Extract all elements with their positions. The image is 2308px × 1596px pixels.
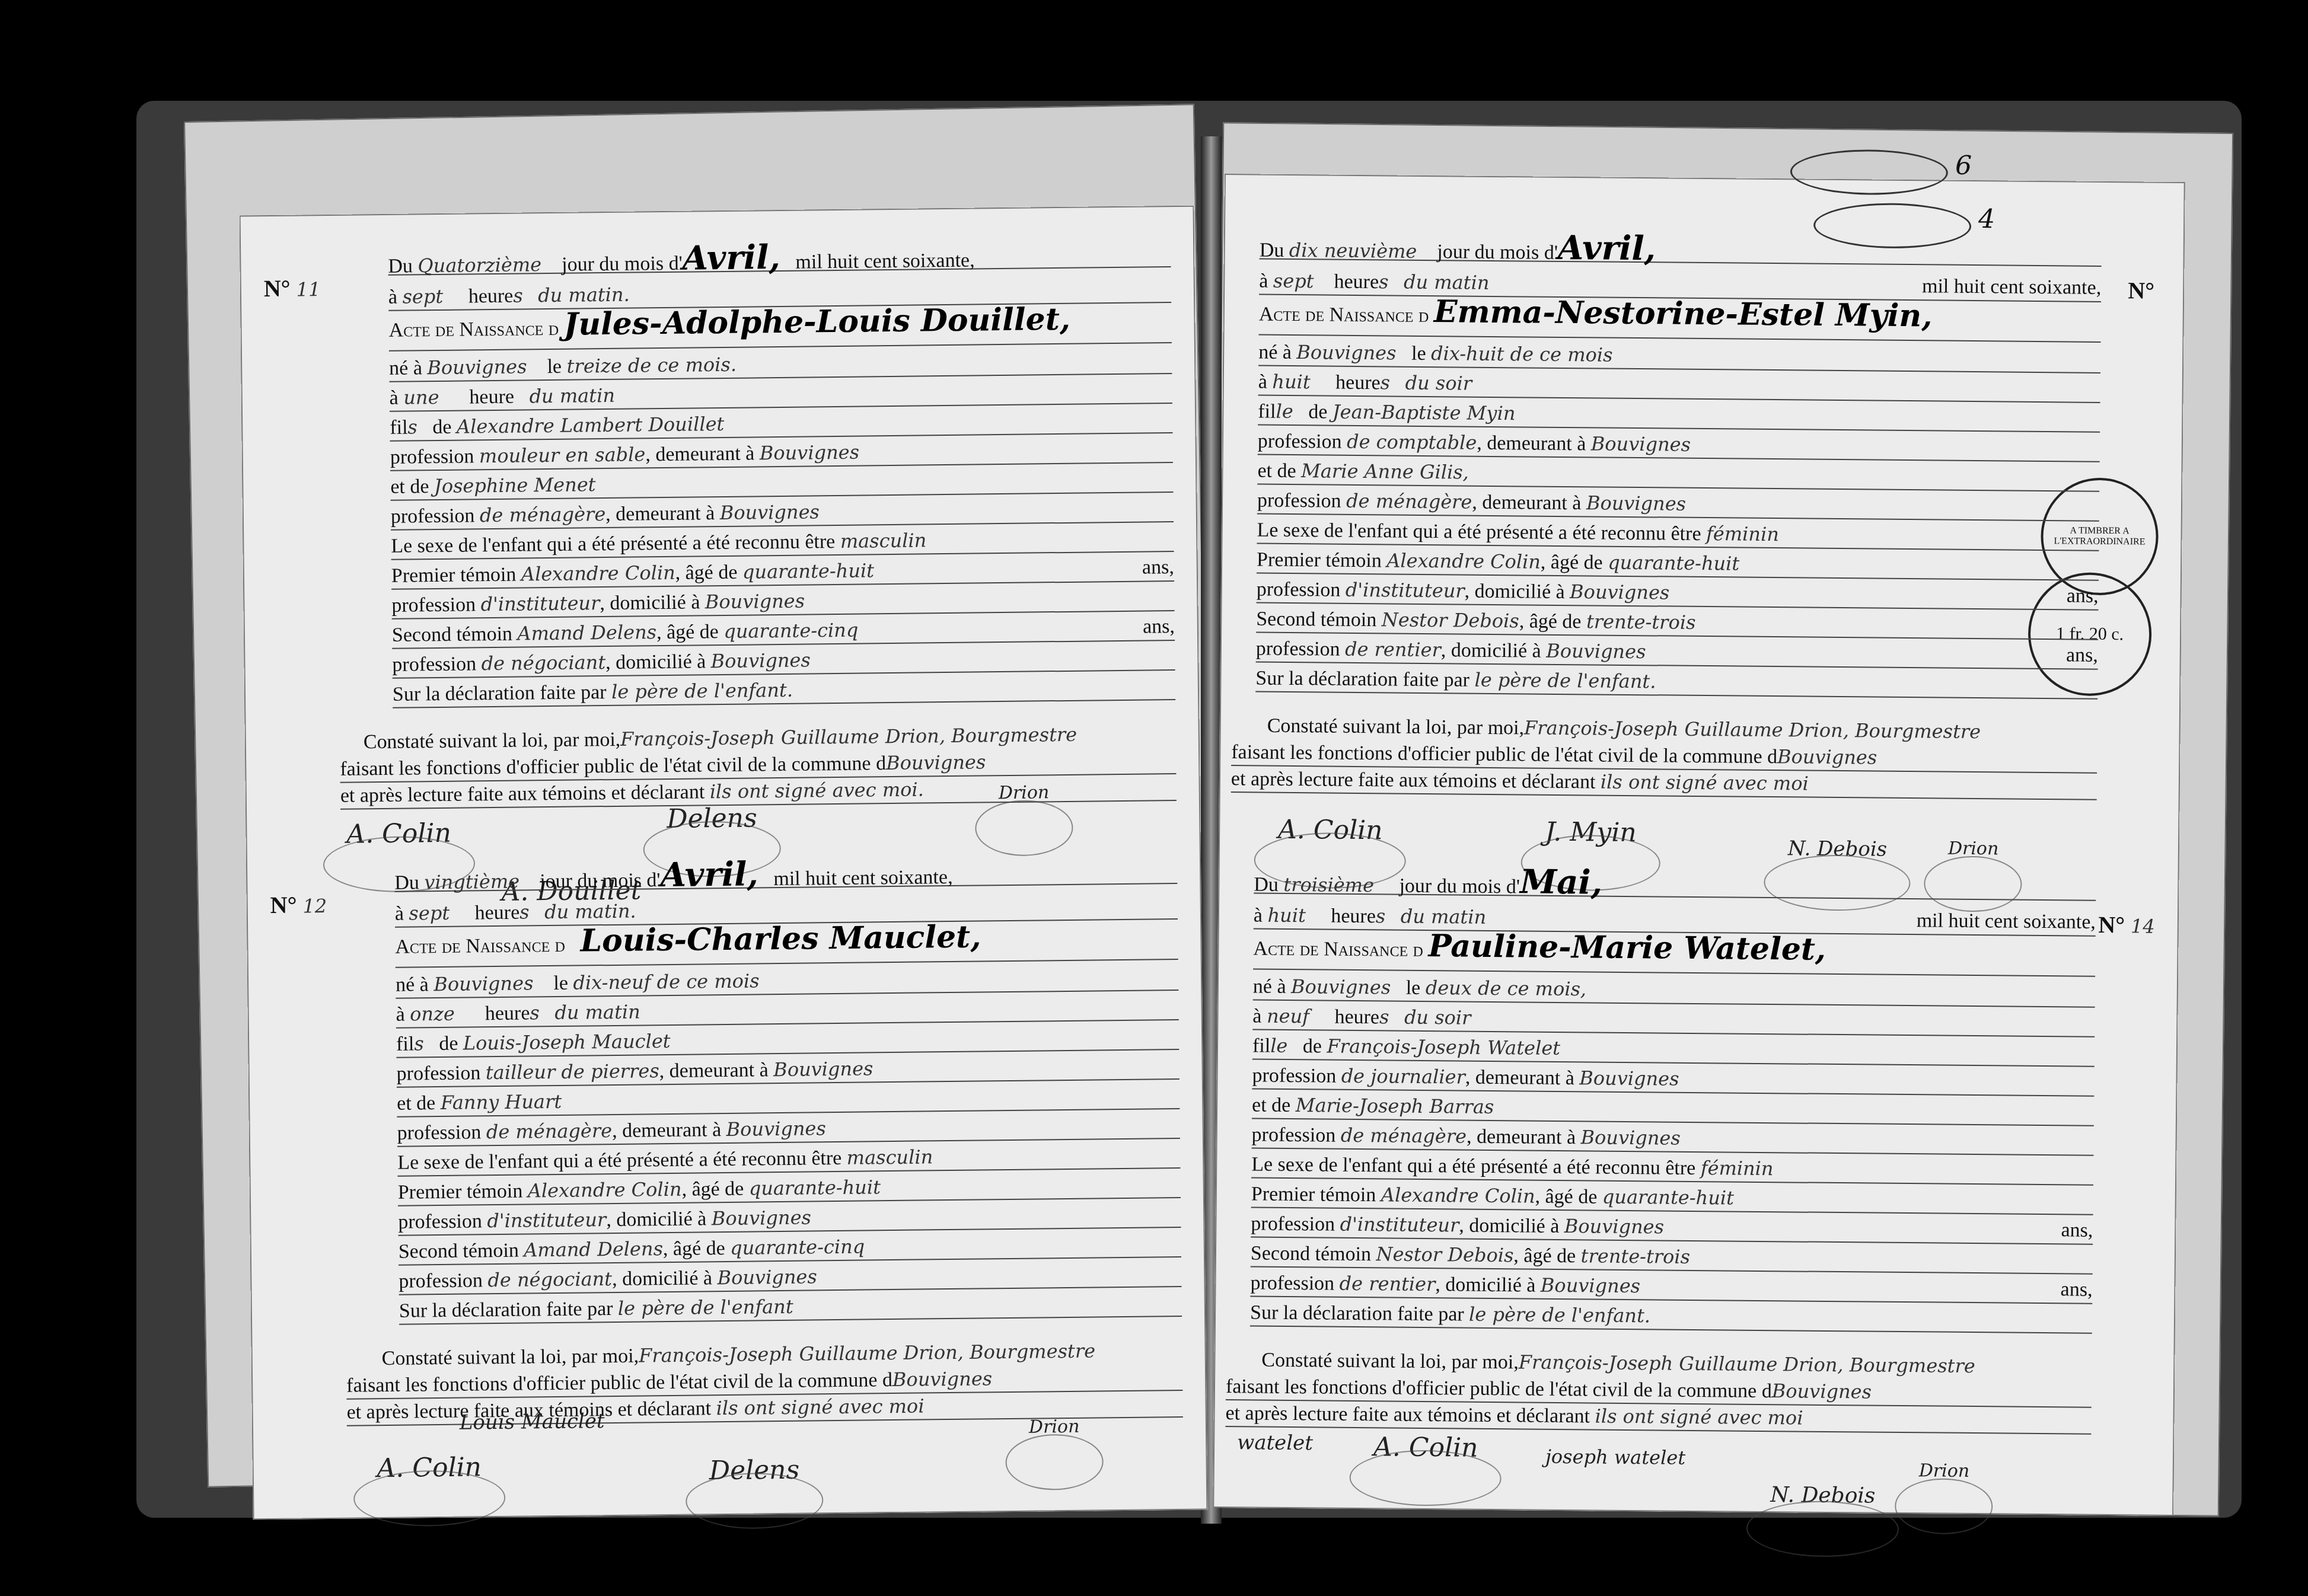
line: né à Bouvignes le dix-neuf de ce mois xyxy=(396,965,1178,999)
text-field: Bouvignes xyxy=(773,1057,874,1081)
text-field: Nestor Debois xyxy=(1382,608,1519,632)
text-field: , demeurant à xyxy=(659,1059,768,1082)
record-number: N°12 xyxy=(270,890,327,919)
signature: A. Colin xyxy=(1373,1432,1478,1463)
text-field: huit xyxy=(1272,371,1311,394)
text-field: Du xyxy=(394,872,419,893)
text-field: jour du mois d' xyxy=(562,253,683,276)
signature: Drion xyxy=(1948,838,1999,860)
text-field: Alexandre Colin xyxy=(1381,1183,1535,1207)
text-field: du matin xyxy=(554,1000,640,1024)
text-field: le xyxy=(1406,977,1421,999)
text-field: quarante-cinq xyxy=(723,619,858,643)
record-number: N°14 xyxy=(2098,911,2155,939)
line: Le sexe de l'enfant qui a été présenté a… xyxy=(391,526,1174,560)
text-field: ans, xyxy=(1142,556,1174,580)
text-field: N° xyxy=(2128,277,2154,304)
text-field: le xyxy=(553,972,568,994)
birth-record-myin: N° Du dix neuvième jour du mois d'Avril,… xyxy=(1219,221,2185,852)
text-field: Bouvignes xyxy=(1541,1274,1640,1297)
text-field: profession xyxy=(391,593,476,616)
text-field: Bouvignes xyxy=(717,1265,817,1289)
text-field: le xyxy=(1276,400,1293,423)
text-field: , demeurant à xyxy=(1477,432,1586,455)
text-field: , âgé de xyxy=(1519,610,1582,633)
text-field: profession xyxy=(1257,578,1341,601)
signature: Delens xyxy=(709,1455,799,1486)
child-name: Pauline-Marie Watelet, xyxy=(1428,928,1826,968)
text-field: à xyxy=(1258,371,1267,392)
line: et de Josephine Menet xyxy=(390,467,1173,501)
text-field: Bouvignes xyxy=(720,500,820,524)
line: profession de ménagère, demeurant à Bouv… xyxy=(397,1113,1180,1147)
text-field: , domicilié à xyxy=(1441,639,1541,662)
child-name: Emma-Nestorine-Estel Myin, xyxy=(1434,293,1933,334)
text-field: à xyxy=(1252,1005,1261,1027)
text-field: N° xyxy=(2098,911,2125,938)
birth-record-14: N°14 Du troisième jour du mois d'Mai, à … xyxy=(1213,856,2179,1486)
text-field: , âgé de xyxy=(656,621,719,643)
text-field: , domicilié à xyxy=(1465,580,1565,603)
child-name: Louis-Charles Mauclet, xyxy=(580,918,981,959)
signature: joseph watelet xyxy=(1545,1445,1685,1469)
text-field: heure xyxy=(1334,271,1379,293)
signature: N. Debois xyxy=(1770,1483,1875,1508)
line: profession d'instituteur, domicilié à Bo… xyxy=(398,1202,1181,1236)
line: profession de négociant, domicilié à Bou… xyxy=(392,644,1175,679)
text-field: , demeurant à xyxy=(605,502,715,525)
child-name: Jules-Adolphe-Louis Douillet, xyxy=(563,301,1070,343)
text-field: une xyxy=(403,386,439,409)
line: Le sexe de l'enfant qui a été présenté a… xyxy=(397,1142,1180,1177)
line: Sur la déclaration faite par le père de … xyxy=(399,1291,1182,1325)
text-field: trente-trois xyxy=(1586,610,1696,634)
text-field: fil xyxy=(390,417,408,439)
text-field: de xyxy=(1308,401,1327,423)
text-field: Du xyxy=(1254,873,1279,895)
text-field: Alexandre Colin xyxy=(521,561,675,586)
text-field: profession xyxy=(392,653,476,675)
text-field: fil xyxy=(396,1033,415,1055)
line: Premier témoin Alexandre Colin, âgé de q… xyxy=(398,1172,1181,1206)
text-field: Marie Anne Gilis, xyxy=(1301,459,1469,483)
line: profession de ménagère, demeurant à Bouv… xyxy=(1257,488,2099,521)
text-field: faisant les fonctions d'officier public … xyxy=(346,1369,892,1397)
text-field: s xyxy=(519,901,530,923)
text-field: Jean-Baptiste Myin xyxy=(1332,401,1516,425)
text-field: fil xyxy=(1258,400,1276,422)
text-field: Bouvignes xyxy=(1591,432,1691,455)
line: fils de Alexandre Lambert Douillet xyxy=(390,407,1172,442)
text-field: Constaté suivant la loi, par moi, xyxy=(1261,1349,1519,1374)
record-number: N° xyxy=(2128,276,2160,304)
text-field: heure xyxy=(485,1002,530,1024)
text-field: du matin xyxy=(1401,905,1487,928)
text-field: , demeurant à xyxy=(1472,491,1581,515)
text-field: Premier témoin xyxy=(1257,548,1382,572)
text-field: Bouvignes xyxy=(427,355,527,379)
text-field: le père de l'enfant. xyxy=(611,679,793,703)
text-field: profession xyxy=(397,1062,481,1084)
text-field: Amand Delens xyxy=(517,621,656,644)
text-field: sept xyxy=(409,902,450,925)
line: s xyxy=(1381,371,1391,394)
text-field: Bouvignes xyxy=(1546,640,1646,663)
text-field: profession xyxy=(1256,637,1340,660)
text-field: Acte de Naissance d xyxy=(395,934,565,958)
text-field: 14 xyxy=(2131,915,2155,937)
text-field: ils ont signé avec moi xyxy=(1595,1405,1803,1429)
text-field: François-Joseph Guillaume Drion, Bourgme… xyxy=(639,1339,1095,1367)
text-field: Acte de Naissance d xyxy=(1259,303,1429,326)
text-field: s xyxy=(414,1032,424,1055)
mother-name: Josephine Menet xyxy=(434,473,596,497)
text-field: Premier témoin xyxy=(391,564,517,587)
text-field: et de xyxy=(1257,459,1296,482)
signature: A. Colin xyxy=(346,818,451,850)
text-field: Constaté suivant la loi, par moi, xyxy=(382,1345,639,1370)
text-field: de xyxy=(1303,1035,1322,1057)
line: à onze heures du matin xyxy=(396,994,1178,1029)
text-field: heure xyxy=(1331,905,1376,928)
text-field: le xyxy=(547,356,562,378)
line: à neuf heures du soir xyxy=(1252,1004,2095,1037)
text-field: , domicilié à xyxy=(605,650,706,673)
signature: Louis Mauclet xyxy=(460,1409,605,1435)
text-field: s xyxy=(513,284,523,307)
text-field: et de xyxy=(1252,1094,1290,1116)
text-field: dix neuvième xyxy=(1289,239,1417,263)
text-field: Acte de Naissance d xyxy=(388,318,559,341)
text-field: de ménagère xyxy=(486,1119,613,1143)
text-field: Bouvignes xyxy=(712,1206,812,1230)
text-field: profession xyxy=(390,445,474,468)
text-field: du matin. xyxy=(544,900,636,924)
signature: A. Colin xyxy=(377,1452,482,1483)
text-field: né à xyxy=(389,357,422,379)
text-field: mil huit cent soixante, xyxy=(1922,274,2102,300)
line: profession de négociant, domicilié à Bou… xyxy=(399,1261,1181,1295)
signature: J. Myin xyxy=(1545,817,1637,848)
line: profession de ménagère, demeurant à Bouv… xyxy=(391,496,1174,531)
text-field: né à xyxy=(1258,341,1292,363)
text-field: Bouvignes xyxy=(705,590,805,614)
text-field: à xyxy=(1259,270,1268,292)
text-field: Constaté suivant la loi, par moi, xyxy=(1267,715,1525,739)
birth-record-12: N°12 Du vingtième jour du mois d'Avril, … xyxy=(246,846,1207,1479)
text-field: dix-huit de ce mois xyxy=(1431,342,1613,366)
text-field: Fanny Huart xyxy=(441,1090,562,1114)
line: Acte de Naissance d Pauline-Marie Watele… xyxy=(1253,933,2095,976)
line: Premier témoin Alexandre Colin, âgé de q… xyxy=(1251,1182,2093,1215)
line: Premier témoin Alexandre Colin, âgé de q… xyxy=(1257,547,2099,580)
text-field: Sur la déclaration faite par xyxy=(1255,667,1469,691)
text-field: heure xyxy=(1334,1006,1379,1029)
text-field: trente-trois xyxy=(1581,1244,1691,1268)
text-field: Le sexe de l'enfant qui a été présenté a… xyxy=(1257,519,1701,545)
text-field: , demeurant à xyxy=(612,1119,721,1142)
text-field: heure xyxy=(469,386,514,408)
text-field: Sur la déclaration faite par xyxy=(399,1298,613,1322)
line: et de Marie-Joseph Barras xyxy=(1252,1093,2094,1126)
month-value: Avril, xyxy=(682,238,780,278)
text-field: ans, xyxy=(2066,643,2098,667)
line: s xyxy=(530,1001,540,1024)
line: profession tailleur de pierres, demeuran… xyxy=(396,1054,1179,1088)
text-field: neuf xyxy=(1267,1005,1309,1028)
text-field: , demeurant à xyxy=(645,442,754,465)
line: fils de Louis-Joseph Mauclet xyxy=(396,1024,1179,1058)
text-field: faisant les fonctions d'officier public … xyxy=(1226,1375,1772,1402)
text-field: dix-neuf de ce mois xyxy=(573,969,759,994)
text-field: le père de l'enfant. xyxy=(1474,669,1656,693)
line: Sur la déclaration faite par le père de … xyxy=(393,674,1175,708)
text-field: s xyxy=(1379,270,1389,293)
text-field: François-Joseph Guillaume Drion, Bourgme… xyxy=(1519,1351,1975,1377)
text-field: de ménagère xyxy=(1341,1124,1467,1148)
text-field: quarante-huit xyxy=(1608,551,1739,575)
text-field: François-Joseph Guillaume Drion, Bourgme… xyxy=(620,723,1077,751)
text-field: Avril, xyxy=(660,854,758,895)
text-field: profession xyxy=(399,1269,483,1292)
text-field: heure xyxy=(474,902,519,924)
text-field: Le sexe de l'enfant qui a été présenté a… xyxy=(391,531,835,557)
line: Acte de Naissance d Jules-Adolphe-Louis … xyxy=(388,307,1172,352)
text-field: 11 xyxy=(297,278,321,301)
text-field: , demeurant à xyxy=(1465,1067,1574,1090)
text-field: Bouvignes xyxy=(1772,1380,1872,1403)
text-field: Acte de Naissance d xyxy=(1253,937,1423,960)
text-field: profession xyxy=(1258,430,1342,452)
text-field: faisant les fonctions d'officier public … xyxy=(1231,741,1777,768)
text-field: profession xyxy=(1257,489,1341,512)
line: Du dix neuvième jour du mois d'Avril, xyxy=(1260,233,2102,266)
text-field: mil huit cent soixante, xyxy=(1917,909,2096,934)
text-field: quarante-cinq xyxy=(730,1236,865,1259)
text-field: ils ont signé avec moi. xyxy=(710,778,924,803)
text-field: Bouvignes xyxy=(1579,1067,1679,1090)
line: Sur la déclaration faite par le père de … xyxy=(1250,1300,2092,1333)
text-field: Second témoin xyxy=(1251,1242,1371,1265)
line: profession de comptable, demeurant à Bou… xyxy=(1258,429,2100,462)
line: Second témoin Amand Delens, âgé de quara… xyxy=(392,615,1175,649)
line: profession d'instituteur, domicilié à Bo… xyxy=(1251,1211,2093,1244)
text-field: Du xyxy=(1260,239,1284,261)
text-field: Bouvignes xyxy=(726,1117,826,1141)
text-field: Bouvignes xyxy=(1777,745,1877,768)
text-field: François-Joseph Guillaume Drion, Bourgme… xyxy=(1524,716,1981,743)
text-field: Bouvignes xyxy=(1296,341,1396,364)
text-field: à xyxy=(388,286,397,308)
text-field: ils ont signé avec moi xyxy=(1601,771,1809,795)
text-field: Sur la déclaration faite par xyxy=(393,681,607,706)
text-field: s xyxy=(407,416,417,438)
text-field: à xyxy=(390,387,399,409)
text-field: et après lecture faite aux témoins et dé… xyxy=(1225,1402,1590,1427)
text-field: deux de ce mois, xyxy=(1426,976,1587,1000)
text-field: Bouvignes xyxy=(1564,1215,1664,1238)
text-field: d'instituteur xyxy=(1346,579,1465,602)
text-field: mil huit cent soixante, xyxy=(795,250,975,273)
text-field: , âgé de xyxy=(681,1178,744,1201)
line: à huit heures du soir xyxy=(1258,369,2100,403)
line: s xyxy=(1379,1006,1389,1028)
text-field: profession xyxy=(1250,1272,1334,1294)
text-field: , domicilié à xyxy=(1459,1214,1559,1237)
text-field: de ménagère xyxy=(1346,490,1472,513)
text-field: ans, xyxy=(1143,615,1175,639)
line: Acte de Naissance d Emma-Nestorine-Estel… xyxy=(1258,298,2100,342)
line: Sur la déclaration faite par le père de … xyxy=(1255,666,2097,699)
text-field: féminin xyxy=(1706,522,1779,545)
text-field: mouleur en sable xyxy=(479,443,646,467)
signature: Drion xyxy=(999,782,1050,803)
text-field: heure xyxy=(1335,372,1381,394)
text-field: , domicilié à xyxy=(600,591,700,614)
text-field: ans, xyxy=(2061,1218,2093,1242)
text-field: N° xyxy=(264,275,291,302)
birth-record-11: N°11 Du Quatorzième jour du mois d'Avril… xyxy=(240,229,1201,862)
text-field: et après lecture faite aux témoins et dé… xyxy=(340,781,705,806)
text-field: s xyxy=(1376,905,1386,927)
right-page: 6 4 A TIMBRER A L'EXTRAORDINAIRE 1 fr. 2… xyxy=(1213,174,2185,1516)
text-field: ils ont signé avec moi xyxy=(716,1395,924,1420)
text-field: profession xyxy=(397,1121,482,1144)
text-field: né à xyxy=(1253,975,1286,997)
text-field: mil huit cent soixante, xyxy=(773,866,953,890)
text-field: François-Joseph Watelet xyxy=(1327,1035,1560,1059)
line: né à Bouvignes le dix-huit de ce mois xyxy=(1258,340,2100,373)
text-field: , âgé de xyxy=(1541,551,1603,574)
line: Du Quatorzième jour du mois d'Avril, mil… xyxy=(388,241,1171,276)
text-field: Bouvignes xyxy=(711,649,811,672)
text-field: , âgé de xyxy=(1535,1186,1597,1208)
text-field: Bouvignes xyxy=(760,441,860,465)
line: profession mouleur en sable, demeurant à… xyxy=(390,437,1173,471)
text-field: Le sexe de l'enfant qui a été présenté a… xyxy=(397,1147,841,1174)
father-name: Alexandre Lambert Douillet xyxy=(457,413,725,438)
line: Premier témoin Alexandre Colin, âgé de q… xyxy=(391,556,1174,590)
text-field: Avril, xyxy=(1558,228,1656,268)
text-field: du soir xyxy=(1405,372,1472,395)
text-field: Bouvignes xyxy=(886,751,986,774)
line: Du vingtième jour du mois d'Avril, mil h… xyxy=(394,858,1177,892)
text-field: de négociant xyxy=(487,1268,612,1291)
text-field: Marie-Joseph Barras xyxy=(1296,1094,1494,1118)
text-field: jour du mois d' xyxy=(1399,875,1520,898)
line: Du troisième jour du mois d'Mai, xyxy=(1254,867,2096,901)
line: Second témoin Nestor Debois, âgé de tren… xyxy=(1251,1241,2093,1274)
line: profession de ménagère, demeurant à Bouv… xyxy=(1251,1122,2093,1155)
text-field: masculin xyxy=(847,1145,933,1169)
text-field: de journalier xyxy=(1341,1065,1465,1089)
signature: A. Colin xyxy=(1278,815,1383,846)
line: Le sexe de l'enfant qui a été présenté a… xyxy=(1257,518,2099,551)
line: Second témoin Amand Delens, âgé de quara… xyxy=(399,1231,1181,1266)
text-field: profession xyxy=(398,1210,482,1233)
text-field: heure xyxy=(468,285,514,308)
text-field: Mai, xyxy=(1520,862,1603,902)
text-field: Premier témoin xyxy=(398,1180,523,1204)
line: profession d'instituteur, domicilié à Bo… xyxy=(1257,577,2099,610)
text-field: de xyxy=(439,1033,458,1055)
line: Acte de Naissance d Louis-Charles Maucle… xyxy=(395,923,1178,968)
text-field: quarante-huit xyxy=(1602,1186,1734,1209)
text-field: et de xyxy=(397,1092,436,1115)
text-field: quarante-huit xyxy=(742,559,874,583)
text-field: faisant les fonctions d'officier public … xyxy=(340,752,886,780)
text-field: de négociant xyxy=(481,651,605,675)
text-field: , domicilié à xyxy=(1435,1273,1535,1296)
signatures-record-14: watelet A. Colin joseph watelet N. Deboi… xyxy=(1236,1431,2115,1557)
text-field: le xyxy=(1270,1035,1288,1057)
text-field: , âgé de xyxy=(1513,1244,1576,1267)
signature: watelet xyxy=(1237,1431,1313,1455)
text-field: tailleur de pierres xyxy=(486,1059,659,1084)
line: profession d'instituteur, domicilié à Bo… xyxy=(391,585,1174,620)
text-field: et après lecture faite aux témoins et dé… xyxy=(1231,768,1596,793)
line: profession de rentier, domicilié à Bouvi… xyxy=(1250,1271,2092,1304)
text-field: Louis-Joseph Mauclet xyxy=(463,1030,671,1055)
text-field: à xyxy=(1254,904,1263,926)
text-field: Bouvignes xyxy=(1580,1126,1680,1149)
left-page: N°11 Du Quatorzième jour du mois d'Avril… xyxy=(240,206,1208,1520)
text-field: de comptable xyxy=(1347,430,1477,454)
text-field: sept xyxy=(1273,270,1314,293)
text-field: profession xyxy=(1252,1064,1336,1087)
text-field: , domicilié à xyxy=(612,1267,712,1290)
text-field: d'instituteur xyxy=(480,592,600,615)
text-field: de xyxy=(432,416,451,438)
line: profession de journalier, demeurant à Bo… xyxy=(1252,1063,2094,1096)
text-field: le xyxy=(1411,343,1426,365)
text-field: de rentier xyxy=(1345,638,1441,661)
line: né à Bouvignes le deux de ce mois, xyxy=(1253,974,2095,1007)
day-value: Quatorzième xyxy=(417,253,541,277)
text-field: profession xyxy=(391,505,475,527)
text-field: , âgé de xyxy=(675,561,737,584)
text-field: vingtième xyxy=(424,870,519,894)
text-field: Alexandre Colin xyxy=(1386,549,1541,573)
line: né à Bouvignes le treize de ce mois. xyxy=(389,348,1172,382)
text-field: à xyxy=(396,1004,404,1026)
line: et de Marie Anne Gilis, xyxy=(1257,458,2099,491)
text-field: jour du mois d' xyxy=(540,869,661,892)
text-field: Amand Delens xyxy=(524,1237,663,1261)
text-field: 12 xyxy=(302,895,327,917)
text-field: du matin. xyxy=(538,283,630,307)
text-field: , âgé de xyxy=(663,1237,725,1260)
text-field: profession xyxy=(1252,1123,1336,1146)
text-field: Alexandre Colin xyxy=(528,1178,682,1202)
line: profession de rentier, domicilié à Bouvi… xyxy=(1256,636,2098,669)
text-field: profession xyxy=(1251,1212,1335,1235)
text-field: Bouvignes xyxy=(1291,975,1391,998)
text-field: masculin xyxy=(840,529,927,553)
text-field: Second témoin xyxy=(392,623,512,646)
line: Second témoin Nestor Debois, âgé de tren… xyxy=(1256,607,2098,640)
signature: Drion xyxy=(1029,1416,1080,1438)
text-field: le père de l'enfant. xyxy=(1469,1303,1650,1327)
signatures-record-12: Louis Mauclet A. Colin Delens Drion xyxy=(341,1416,1149,1543)
text-field: du matin xyxy=(529,384,615,408)
text-field: Bouvignes xyxy=(892,1367,993,1391)
text-field: d'instituteur xyxy=(487,1208,606,1232)
signature: N. Debois xyxy=(1788,837,1887,861)
text-field: onze xyxy=(410,1003,455,1026)
text-field: treize de ce mois. xyxy=(566,353,737,378)
text-field: du soir xyxy=(1404,1006,1471,1029)
